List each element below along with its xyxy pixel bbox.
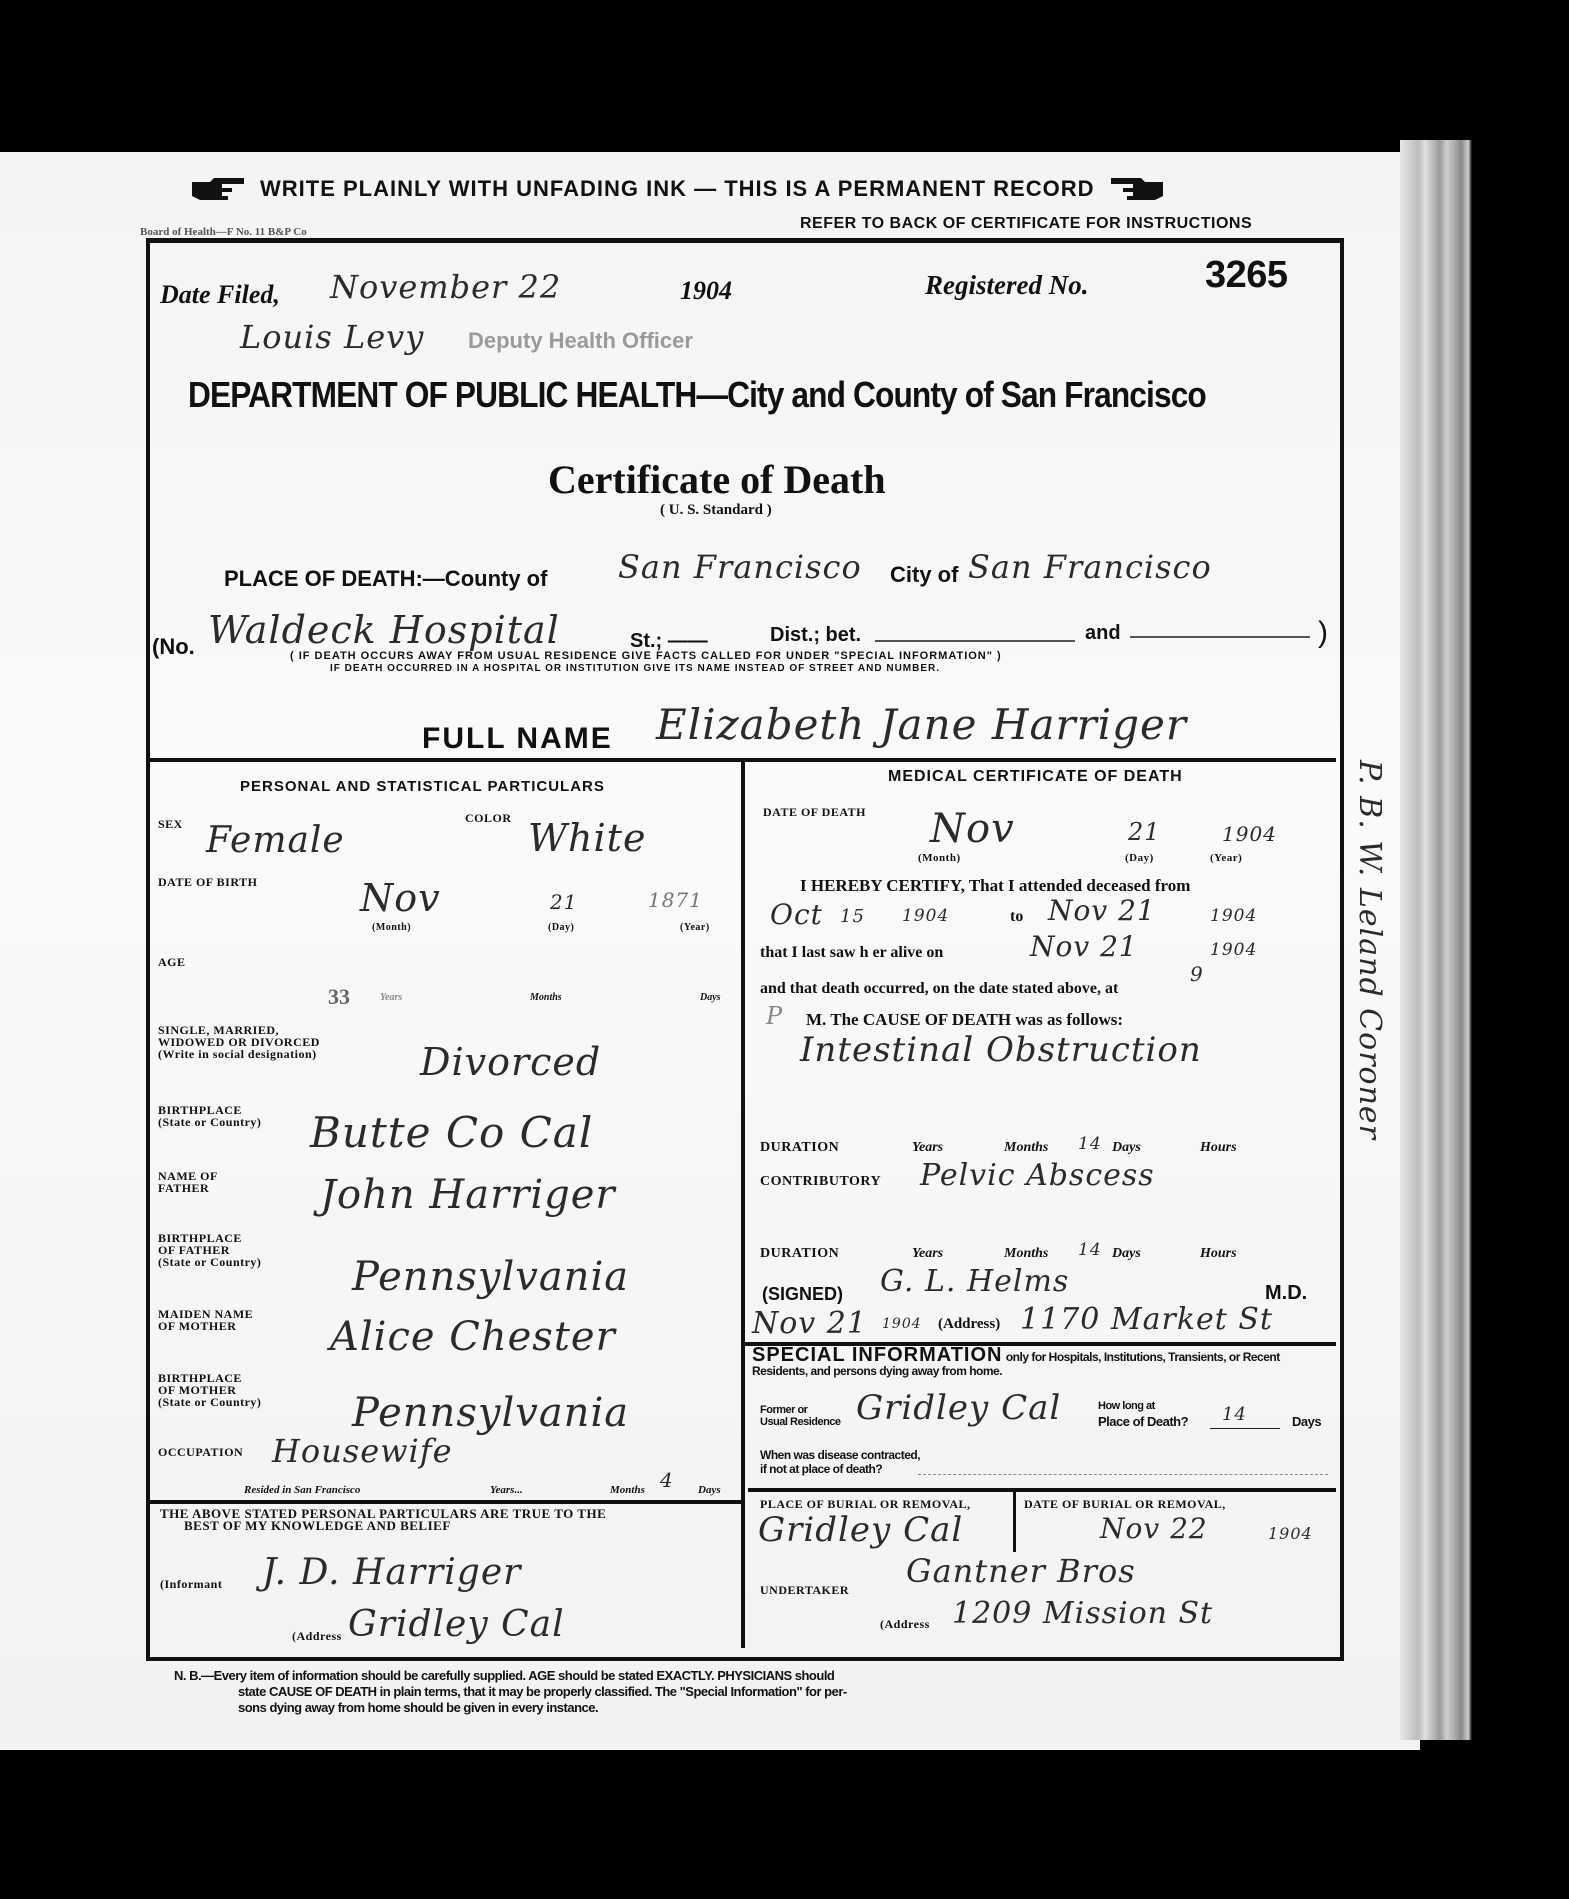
- father-bp-label-3: (State or Country): [158, 1256, 261, 1268]
- duration2-years-caption: Years: [912, 1246, 943, 1262]
- occupation-value[interactable]: Housewife: [272, 1432, 453, 1470]
- duration-days-value[interactable]: 14: [1078, 1134, 1102, 1154]
- dob-month[interactable]: Nov: [360, 876, 441, 920]
- informant-divider: [148, 1500, 742, 1504]
- physician-signature[interactable]: G. L. Helms: [880, 1264, 1069, 1299]
- contracted-label-2: if not at place of death?: [760, 1462, 882, 1476]
- dod-day[interactable]: 21: [1128, 818, 1161, 846]
- sex-label: SEX: [158, 818, 183, 830]
- father-label-2: FATHER: [158, 1182, 209, 1194]
- meridiem-value[interactable]: P: [766, 1002, 783, 1030]
- color-label: COLOR: [465, 812, 512, 824]
- district-from-field[interactable]: [875, 640, 1075, 642]
- certify-text: I HEREBY CERTIFY, That I attended deceas…: [800, 876, 1190, 896]
- hospital-value[interactable]: Waldeck Hospital: [208, 608, 560, 652]
- father-value[interactable]: John Harriger: [320, 1172, 616, 1218]
- special-title-row: SPECIAL INFORMATION only for Hospitals, …: [752, 1348, 1332, 1378]
- registered-number[interactable]: 3265: [1205, 254, 1288, 297]
- city-label: City of: [890, 562, 958, 588]
- duration2-days-caption: Days: [1112, 1246, 1141, 1262]
- resided-years-caption: Years...: [490, 1484, 523, 1496]
- duration-months-caption: Months: [1004, 1140, 1048, 1156]
- marital-label-3: (Write in social designation): [158, 1048, 317, 1060]
- column-divider: [741, 762, 745, 1648]
- duration2-hours-caption: Hours: [1200, 1246, 1237, 1262]
- book-page-edges: [1400, 140, 1472, 1740]
- former-label-1: Former or: [760, 1404, 807, 1416]
- medical-section-title: MEDICAL CERTIFICATE OF DEATH: [888, 768, 1183, 786]
- last-saw-year[interactable]: 1904: [1210, 940, 1257, 960]
- special-title: SPECIAL INFORMATION: [752, 1344, 1002, 1366]
- duration2-label: DURATION: [760, 1248, 839, 1260]
- undertaker-address-label: (Address: [880, 1618, 930, 1630]
- informant-address-value[interactable]: Gridley Cal: [348, 1604, 565, 1645]
- burial-place-value[interactable]: Gridley Cal: [758, 1510, 963, 1550]
- footer-line-3: sons dying away from home should be give…: [174, 1700, 1274, 1716]
- how-long-field: [1210, 1428, 1280, 1429]
- informant-address-label: (Address: [292, 1630, 342, 1642]
- banner-text: WRITE PLAINLY WITH UNFADING INK — THIS I…: [260, 176, 1095, 202]
- date-filed-label: Date Filed,: [160, 280, 280, 310]
- officer-title: Deputy Health Officer: [468, 328, 693, 354]
- attended-to-value[interactable]: Nov 21: [1048, 894, 1156, 927]
- duration-hours-caption: Hours: [1200, 1140, 1237, 1156]
- dod-month-caption: (Month): [918, 852, 961, 864]
- birthplace-label-2: (State or Country): [158, 1116, 261, 1128]
- contracted-label-1: When was disease contracted,: [760, 1448, 920, 1462]
- duration-days-caption: Days: [1112, 1140, 1141, 1156]
- contributory-value[interactable]: Pelvic Abscess: [920, 1158, 1155, 1193]
- dod-label: DATE OF DEATH: [763, 806, 866, 818]
- attended-to-year[interactable]: 1904: [1210, 906, 1257, 926]
- district-label: Dist.; bet.: [770, 624, 861, 647]
- color-value[interactable]: White: [528, 816, 646, 860]
- undertaker-value[interactable]: Gantner Bros: [906, 1552, 1136, 1590]
- duration2-days-value[interactable]: 14: [1078, 1240, 1102, 1260]
- physician-address-label: (Address): [938, 1316, 1000, 1333]
- mother-birthplace-value[interactable]: Pennsylvania: [352, 1390, 629, 1436]
- dod-day-caption: (Day): [1125, 852, 1154, 864]
- burial-place-label: PLACE OF BURIAL OR REMOVAL,: [760, 1498, 971, 1510]
- signed-label: (SIGNED): [762, 1284, 843, 1305]
- informant-label: (Informant: [160, 1578, 222, 1590]
- dob-year-caption: (Year): [680, 922, 710, 934]
- county-value[interactable]: San Francisco: [618, 548, 862, 586]
- full-name-value[interactable]: Elizabeth Jane Harriger: [656, 700, 1187, 749]
- officer-signature[interactable]: Louis Levy: [240, 318, 424, 356]
- dob-year[interactable]: 1871: [648, 888, 703, 912]
- place-note-2: IF DEATH OCCURRED IN A HOSPITAL OR INSTI…: [330, 663, 940, 674]
- burial-date-value[interactable]: Nov 22: [1100, 1512, 1208, 1545]
- dod-month[interactable]: Nov: [930, 806, 1015, 852]
- contributory-label: CONTRIBUTORY: [760, 1176, 881, 1188]
- informant-value[interactable]: J. D. Harriger: [262, 1552, 521, 1593]
- age-days-caption: Days: [700, 992, 721, 1003]
- burial-divider: [748, 1488, 1336, 1492]
- last-saw-value[interactable]: Nov 21: [1030, 930, 1138, 963]
- father-birthplace-value[interactable]: Pennsylvania: [352, 1254, 629, 1300]
- footer-note: N. B.—Every item of information should b…: [174, 1668, 1274, 1716]
- and-label: and: [1085, 622, 1121, 645]
- place-of-death-label: PLACE OF DEATH:—County of: [224, 566, 547, 592]
- former-residence-value[interactable]: Gridley Cal: [856, 1388, 1061, 1428]
- footer-line-2: state CAUSE OF DEATH in plain terms, tha…: [174, 1684, 1274, 1700]
- resided-months-value[interactable]: 4: [660, 1468, 674, 1492]
- to-label: to: [1010, 908, 1023, 926]
- how-long-value[interactable]: 14: [1222, 1404, 1247, 1425]
- dod-year[interactable]: 1904: [1222, 822, 1277, 846]
- district-to-field[interactable]: [1130, 636, 1310, 638]
- resided-label: Resided in San Francisco: [244, 1484, 360, 1496]
- burial-date-label: DATE of BURIAL or REMOVAL,: [1024, 1498, 1226, 1510]
- undertaker-address-value[interactable]: 1209 Mission St: [952, 1596, 1213, 1631]
- duration-label: DURATION: [760, 1142, 839, 1154]
- dob-label: DATE OF BIRTH: [158, 876, 257, 888]
- age-label: AGE: [158, 956, 186, 968]
- registered-label: Registered No.: [925, 270, 1088, 301]
- personal-section-title: PERSONAL AND STATISTICAL PARTICULARS: [240, 778, 605, 795]
- resided-months-caption: Months: [610, 1484, 645, 1496]
- year-filed: 1904: [680, 276, 732, 306]
- top-banner: WRITE PLAINLY WITH UNFADING INK — THIS I…: [190, 174, 1300, 204]
- physician-address-value[interactable]: 1170 Market St: [1020, 1302, 1273, 1337]
- time-of-death[interactable]: 9: [1190, 962, 1204, 986]
- certificate-title: Certificate of Death: [548, 456, 886, 503]
- form-number: Board of Health—F No. 11 B&P Co: [140, 226, 307, 238]
- attended-from-year[interactable]: 1904: [902, 906, 949, 926]
- standard-subtitle: ( U. S. Standard ): [660, 502, 772, 519]
- full-name-label: FULL NAME: [422, 722, 613, 756]
- attended-from-day[interactable]: 15: [840, 906, 865, 927]
- pointing-hand-icon: [1107, 176, 1165, 202]
- mother-value[interactable]: Alice Chester: [330, 1314, 616, 1360]
- resided-days-caption: Days: [698, 1484, 721, 1496]
- instructions-note: REFER TO BACK OF CERTIFICATE FOR INSTRUC…: [800, 215, 1252, 233]
- coroner-margin-note: P. B. W. Leland Coroner: [1352, 760, 1387, 1140]
- undertaker-label: UNDERTAKER: [760, 1584, 849, 1596]
- how-long-unit: Days: [1292, 1414, 1321, 1429]
- contracted-field[interactable]: [918, 1474, 1328, 1475]
- no-label: (No.: [152, 634, 195, 660]
- attended-from-month[interactable]: Oct: [770, 898, 823, 931]
- dod-year-caption: (Year): [1210, 852, 1242, 864]
- how-long-label-2: Place of Death?: [1098, 1414, 1188, 1429]
- cause-text: M. The CAUSE OF DEATH was as follows:: [806, 1010, 1123, 1030]
- date-filed-value[interactable]: November 22: [330, 268, 561, 306]
- last-saw-text: that I last saw h er alive on: [760, 944, 943, 962]
- paren-close: ): [1318, 616, 1328, 650]
- burial-date-year[interactable]: 1904: [1268, 1524, 1313, 1543]
- marital-value[interactable]: Divorced: [420, 1040, 601, 1084]
- dob-day[interactable]: 21: [550, 890, 577, 914]
- death-occurred-text: and that death occurred, on the date sta…: [760, 980, 1118, 998]
- mother-label-2: OF MOTHER: [158, 1320, 236, 1332]
- dob-day-caption: (Day): [548, 922, 574, 934]
- city-value[interactable]: San Francisco: [968, 548, 1212, 586]
- dob-month-caption: (Month): [372, 922, 411, 934]
- pointing-hand-icon: [190, 176, 248, 202]
- sex-value[interactable]: Female: [206, 820, 345, 861]
- age-months-caption: Months: [530, 992, 562, 1003]
- duration-years-caption: Years: [912, 1140, 943, 1156]
- burial-column-divider: [1013, 1492, 1016, 1552]
- how-long-label-1: How long at: [1098, 1400, 1155, 1412]
- signed-date[interactable]: Nov 21: [752, 1306, 867, 1341]
- place-note-1: ( IF DEATH OCCURS AWAY FROM USUAL RESIDE…: [290, 650, 1002, 662]
- birthplace-value[interactable]: Butte Co Cal: [310, 1108, 593, 1157]
- age-years-caption: Years: [380, 992, 402, 1003]
- age-years[interactable]: 33: [328, 984, 350, 1010]
- informant-statement-2: BEST OF MY KNOWLEDGE AND BELIEF: [184, 1520, 451, 1532]
- signed-year[interactable]: 1904: [882, 1316, 922, 1332]
- footer-line-1: N. B.—Every item of information should b…: [174, 1668, 1274, 1684]
- department-title: DEPARTMENT OF PUBLIC HEALTH—City and Cou…: [188, 374, 1206, 416]
- cause-of-death-value[interactable]: Intestinal Obstruction: [800, 1030, 1202, 1070]
- occupation-label: OCCUPATION: [158, 1446, 243, 1458]
- former-label-2: Usual Residence: [760, 1416, 841, 1428]
- mother-bp-label-3: (State or Country): [158, 1396, 261, 1408]
- duration2-months-caption: Months: [1004, 1246, 1048, 1262]
